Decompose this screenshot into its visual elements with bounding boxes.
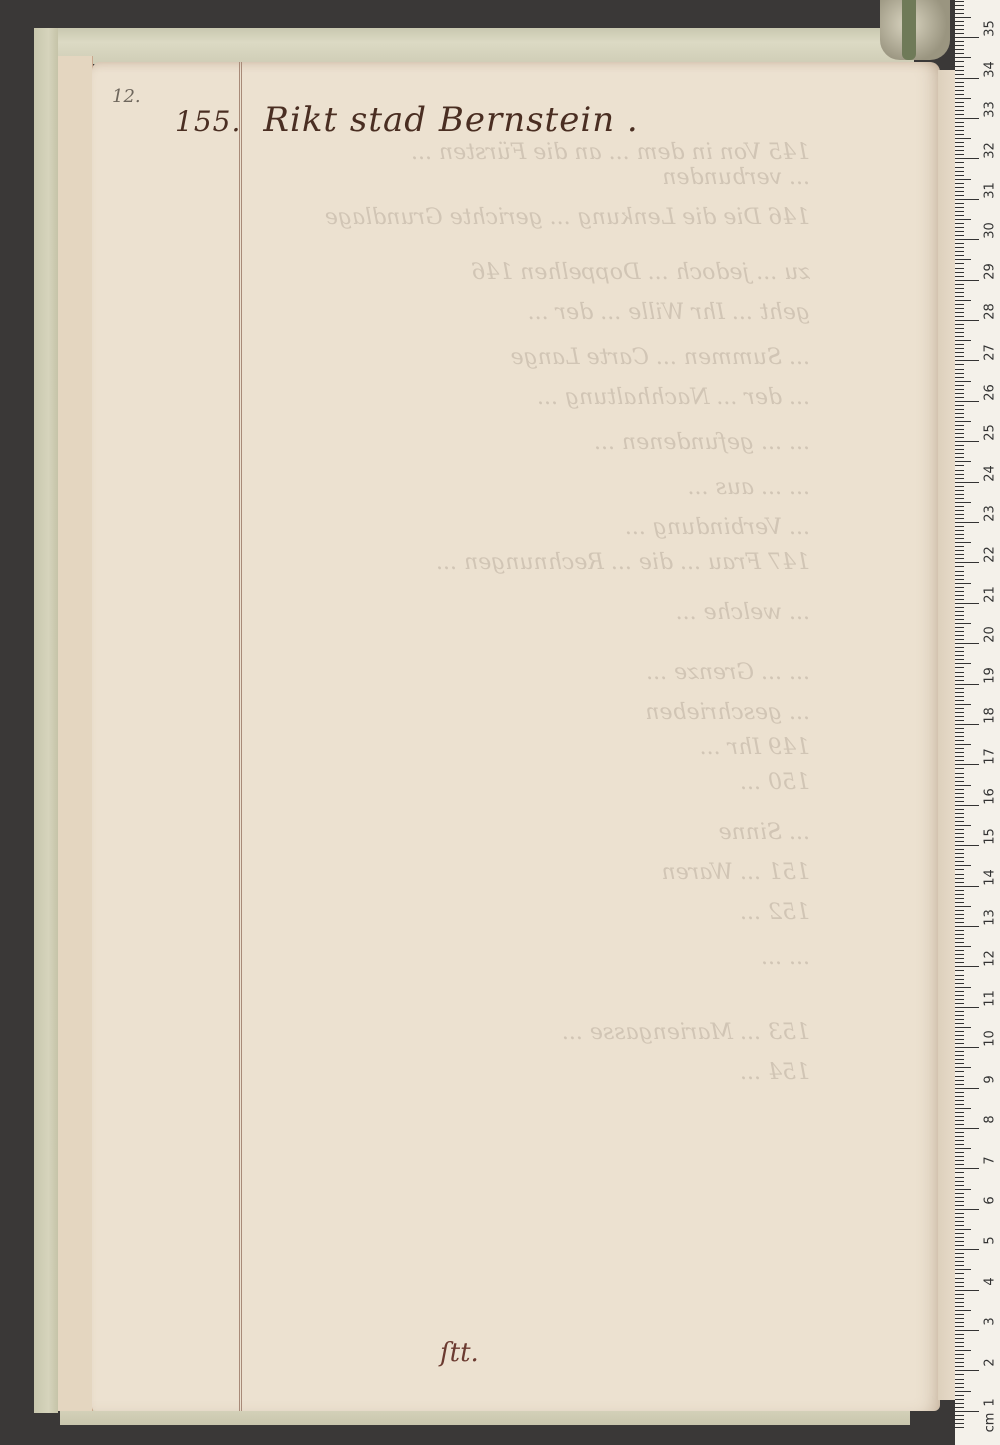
ruler-tick — [955, 1374, 964, 1375]
ruler-tick — [955, 1233, 964, 1234]
ruler-tick — [955, 1370, 979, 1371]
ruler-tick — [955, 110, 964, 111]
ruler-tick — [955, 999, 964, 1000]
ruler-tick — [955, 239, 979, 240]
heading-text: Rikt stad Bernstein . — [263, 100, 638, 140]
ruler-tick — [955, 457, 964, 458]
ruler-tick — [955, 449, 964, 450]
ruler-tick — [955, 1205, 964, 1206]
ruler-tick — [955, 45, 964, 46]
ruler-tick — [955, 768, 964, 769]
ruler-tick — [955, 1063, 964, 1064]
ruler-label: 32 — [983, 140, 998, 160]
ruler-tick — [955, 538, 964, 539]
ruler-tick — [955, 1160, 964, 1161]
ruler-tick — [955, 857, 964, 858]
ruler-tick — [955, 740, 964, 741]
ruler-tick — [955, 1346, 964, 1347]
ruler-tick — [955, 215, 964, 216]
ruler-tick — [955, 1104, 964, 1105]
bleed-through-line: 147 Frau ... die ... Rechnungen ... — [250, 550, 810, 575]
ruler-tick — [955, 255, 964, 256]
ruler-tick — [955, 332, 964, 333]
ruler-tick — [955, 276, 964, 277]
ruler-tick — [955, 651, 964, 652]
ruler-tick — [955, 1055, 964, 1056]
ruler-tick — [955, 975, 964, 976]
ruler-tick — [955, 914, 964, 915]
ruler-tick — [955, 1411, 979, 1412]
bleed-through-line: ... ... Grenze ... — [250, 660, 810, 685]
ruler-tick — [955, 882, 964, 883]
ruler-tick — [955, 833, 964, 834]
ruler-tick — [955, 373, 964, 374]
ruler-tick — [955, 13, 964, 14]
ruler-tick — [955, 983, 964, 984]
ruler-tick — [955, 1282, 964, 1283]
ruler-label: 16 — [983, 787, 998, 807]
ruler-tick — [955, 579, 964, 580]
ruler-tick — [955, 902, 964, 903]
folio-number: 12. — [112, 86, 141, 107]
ruler-tick — [955, 979, 964, 980]
ruler-tick — [955, 1383, 964, 1384]
ruler-label: 4 — [983, 1271, 998, 1291]
ruler-tick — [955, 566, 964, 567]
ruler-tick — [955, 150, 964, 151]
ruler-tick — [955, 1128, 979, 1129]
ruler-tick — [955, 1047, 979, 1048]
ruler-tick — [955, 647, 964, 648]
ruler-label: 24 — [983, 463, 998, 483]
ruler-tick — [955, 845, 979, 846]
ruler-tick — [955, 29, 964, 30]
ruler-tick — [955, 692, 964, 693]
ruler-tick — [955, 1241, 964, 1242]
ruler-tick — [955, 1391, 971, 1392]
ruler-tick — [955, 1181, 964, 1182]
ruler-tick — [955, 991, 964, 992]
ruler-tick — [955, 37, 979, 38]
ruler-tick — [955, 1403, 964, 1404]
bleed-through-line: 152 ... — [250, 900, 810, 925]
ruler-label: 23 — [983, 504, 998, 524]
ruler-label: 30 — [983, 221, 998, 241]
ruler-tick — [955, 1257, 964, 1258]
ruler-tick — [955, 611, 964, 612]
ruler-tick — [955, 130, 964, 131]
ruler-tick — [955, 397, 964, 398]
ruler-tick — [955, 704, 971, 705]
ruler-tick — [955, 369, 964, 370]
ruler-tick — [955, 732, 964, 733]
ruler-tick — [955, 688, 964, 689]
bleed-through-line: ... Summen ... Carte Lange — [250, 345, 810, 370]
ruler-tick — [955, 1027, 971, 1028]
ruler-tick — [955, 1136, 964, 1137]
ruler-tick — [955, 223, 964, 224]
ruler-tick — [955, 82, 964, 83]
bleed-through-line: 153 ... Mariengasse ... — [250, 1020, 810, 1045]
ruler-tick — [955, 607, 964, 608]
ruler-tick — [955, 1245, 964, 1246]
ruler-label: 1 — [983, 1393, 998, 1413]
ruler-tick — [955, 1310, 971, 1311]
ruler-tick — [955, 191, 964, 192]
ruler-tick — [955, 760, 964, 761]
ruler-tick — [955, 643, 979, 644]
ruler-tick — [955, 1144, 964, 1145]
ruler-tick — [955, 482, 979, 483]
ruler-tick — [955, 53, 964, 54]
ruler-tick — [955, 453, 964, 454]
ruler-tick — [955, 502, 971, 503]
ruler-tick — [955, 558, 964, 559]
ruler-tick — [955, 910, 964, 911]
ruler-tick — [955, 66, 964, 67]
ruler-tick — [955, 146, 964, 147]
ruler-tick — [955, 1330, 979, 1331]
ruler-tick — [955, 789, 964, 790]
bookmark-ribbon — [902, 0, 916, 60]
ruler-tick — [955, 623, 971, 624]
ruler-label: 31 — [983, 181, 998, 201]
ruler-tick — [955, 1225, 964, 1226]
ruler-tick — [955, 429, 964, 430]
ruler-tick — [955, 263, 964, 264]
ruler-tick — [955, 70, 964, 71]
ruler-tick — [955, 1164, 964, 1165]
ruler-label: 27 — [983, 342, 998, 362]
ruler-tick — [955, 1217, 964, 1218]
ruler-tick — [955, 328, 964, 329]
bleed-through-line: ... welche ... — [250, 600, 810, 625]
ruler-tick — [955, 1290, 979, 1291]
ruler-tick — [955, 385, 964, 386]
ruler-tick — [955, 1278, 964, 1279]
ruler-tick — [955, 199, 979, 200]
ruler-tick — [955, 930, 964, 931]
ruler-tick — [955, 175, 964, 176]
ruler-tick — [955, 575, 964, 576]
ruler-tick — [955, 748, 964, 749]
ruler-tick — [955, 1221, 964, 1222]
ruler-label: 3 — [983, 1312, 998, 1332]
ruler-tick — [955, 821, 964, 822]
entry-heading: 155.Rikt stad Bernstein . — [175, 100, 639, 140]
ruler-label: 29 — [983, 261, 998, 281]
ruler-tick — [955, 1423, 964, 1424]
ruler-tick — [955, 1023, 964, 1024]
ruler-tick — [955, 1419, 964, 1420]
ruler-tick — [955, 49, 964, 50]
ruler-tick — [955, 474, 964, 475]
ruler-tick — [955, 1322, 964, 1323]
ruler-tick — [955, 470, 964, 471]
ruler-tick — [955, 312, 964, 313]
ruler-tick — [955, 1152, 964, 1153]
ruler-tick — [955, 25, 964, 26]
ruler-tick — [955, 1019, 964, 1020]
bleed-through-line: ... der ... Nachhaltung ... — [250, 385, 810, 410]
ruler-tick — [955, 478, 964, 479]
ruler-tick — [955, 655, 964, 656]
ruler-tick — [955, 615, 964, 616]
ruler-tick — [955, 663, 971, 664]
ruler-label: 10 — [983, 1029, 998, 1049]
ruler-label: 26 — [983, 383, 998, 403]
ruler-tick — [955, 667, 964, 668]
ruler-tick — [955, 510, 964, 511]
ruler-tick — [955, 1338, 964, 1339]
ruler-tick — [955, 764, 979, 765]
bleed-through-line: ... Sinne — [250, 820, 810, 845]
ruler-tick — [955, 5, 964, 6]
ruler-label: 34 — [983, 59, 998, 79]
ruler-tick — [955, 1172, 964, 1173]
ruler-tick — [955, 90, 964, 91]
ruler-tick — [955, 1112, 964, 1113]
ruler-tick — [955, 752, 964, 753]
ruler-tick — [955, 942, 964, 943]
ruler-tick — [955, 1427, 964, 1428]
bleed-through-line: 146 Die die Lenkung ... gerichte Grundla… — [250, 205, 810, 230]
ruler-tick — [955, 813, 964, 814]
ruler-tick — [955, 619, 964, 620]
ruler-tick — [955, 425, 964, 426]
ruler-tick — [955, 377, 964, 378]
ruler-tick — [955, 1080, 964, 1081]
ruler-tick — [955, 1265, 964, 1266]
ruler-tick — [955, 381, 971, 382]
ruler-tick — [955, 243, 964, 244]
ruler-label: 12 — [983, 948, 998, 968]
ruler-tick — [955, 684, 979, 685]
ruler-tick — [955, 292, 964, 293]
ruler-tick — [955, 106, 964, 107]
ruler-tick — [955, 562, 979, 563]
ruler-tick — [955, 1059, 964, 1060]
ruler-tick — [955, 680, 964, 681]
ruler-tick — [955, 57, 971, 58]
ruler-tick — [955, 736, 964, 737]
ruler-tick — [955, 195, 964, 196]
ruler-tick — [955, 793, 964, 794]
ruler-tick — [955, 878, 964, 879]
ruler-tick — [955, 98, 971, 99]
ruler-tick — [955, 554, 964, 555]
ruler-tick — [955, 849, 964, 850]
ruler-tick — [955, 1193, 964, 1194]
ruler-tick — [955, 1358, 964, 1359]
bleed-through-line: ... ... aus ... — [250, 475, 810, 500]
ruler-tick — [955, 631, 964, 632]
ruler-tick — [955, 308, 964, 309]
ruler-tick — [955, 514, 964, 515]
ruler-label: 8 — [983, 1110, 998, 1130]
ruler-tick — [955, 296, 964, 297]
ruler-tick — [955, 906, 971, 907]
ruler-label: 17 — [983, 746, 998, 766]
ruler-tick — [955, 1342, 964, 1343]
ruler-tick — [955, 344, 964, 345]
ruler-tick — [955, 445, 964, 446]
ruler-tick — [955, 728, 964, 729]
ruler-tick — [955, 490, 964, 491]
ruler-tick — [955, 922, 964, 923]
ruler-tick — [955, 41, 964, 42]
ruler-tick — [955, 1088, 979, 1089]
ruler-tick — [955, 401, 979, 402]
ruler-tick — [955, 837, 964, 838]
ruler-tick — [955, 659, 964, 660]
ruler-tick — [955, 1096, 964, 1097]
ruler-label: 20 — [983, 625, 998, 645]
ruler-label: 28 — [983, 302, 998, 322]
ruler-tick — [955, 1132, 964, 1133]
bleed-through-line: 154 ... — [250, 1060, 810, 1085]
ruler-tick — [955, 603, 979, 604]
ruler-tick — [955, 700, 964, 701]
ruler-tick — [955, 696, 964, 697]
ruler-tick — [955, 352, 964, 353]
ruler-tick — [955, 187, 964, 188]
ruler-tick — [955, 1314, 964, 1315]
ruler-tick — [955, 518, 964, 519]
ruler-tick — [955, 1185, 964, 1186]
ruler-tick — [955, 894, 964, 895]
ruler-tick — [955, 21, 964, 22]
ruler-tick — [955, 1140, 964, 1141]
ruler-tick — [955, 635, 964, 636]
ruler-tick — [955, 1237, 964, 1238]
ruler-tick — [955, 716, 964, 717]
ruler-tick — [955, 1035, 964, 1036]
ruler-label: 7 — [983, 1150, 998, 1170]
ruler-tick — [955, 1031, 964, 1032]
ruler-tick — [955, 324, 964, 325]
ruler-label: 19 — [983, 665, 998, 685]
ruler-tick — [955, 389, 964, 390]
ruler-tick — [955, 861, 964, 862]
ruler-tick — [955, 1007, 979, 1008]
ruler-tick — [955, 280, 979, 281]
ruler-tick — [955, 1354, 964, 1355]
ruler-tick — [955, 1379, 964, 1380]
ruler-tick — [955, 288, 964, 289]
ruler-tick — [955, 183, 964, 184]
ruler-tick — [955, 114, 964, 115]
ruler-tick — [955, 1071, 964, 1072]
ruler-tick — [955, 247, 964, 248]
ruler-unit-label: cm — [983, 1413, 998, 1433]
ruler-tick — [955, 17, 971, 18]
ruler-tick — [955, 417, 964, 418]
ruler-tick — [955, 1302, 964, 1303]
ruler-tick — [955, 1108, 971, 1109]
ruler-tick — [955, 498, 964, 499]
ruler-tick — [955, 437, 964, 438]
ruler-tick — [955, 413, 964, 414]
ruler-label: 2 — [983, 1352, 998, 1372]
ruler-tick — [955, 890, 964, 891]
ruler-tick — [955, 1407, 964, 1408]
ruler-tick — [955, 1011, 964, 1012]
bleed-through-line: 149 Ihr ... — [250, 735, 810, 760]
bleed-through-line: ... Verbindung ... — [250, 515, 810, 540]
ruled-margin-line — [239, 62, 242, 1411]
ruler-tick — [955, 336, 964, 337]
ruler-label: 25 — [983, 423, 998, 443]
ruler-tick — [955, 1253, 964, 1254]
ruler-tick — [955, 1249, 979, 1250]
ruler-tick — [955, 259, 971, 260]
ruler-tick — [955, 1156, 964, 1157]
ruler-tick — [955, 805, 979, 806]
ruler-tick — [955, 465, 964, 466]
ruler-tick — [955, 591, 964, 592]
ruler-tick — [955, 405, 964, 406]
ruler-tick — [955, 61, 964, 62]
ruler-tick — [955, 94, 964, 95]
ruler-tick — [955, 756, 964, 757]
ruler-tick — [955, 356, 964, 357]
ruler-tick — [955, 284, 964, 285]
ruler-tick — [955, 134, 964, 135]
ruler-tick — [955, 1415, 964, 1416]
ruler-label: 15 — [983, 827, 998, 847]
ruler-tick — [955, 316, 964, 317]
bleed-through-line: 151 ... Waren — [250, 860, 810, 885]
ruler-tick — [955, 1039, 964, 1040]
ruler-tick — [955, 938, 964, 939]
ruler-tick — [955, 1395, 964, 1396]
ruler-label: 18 — [983, 706, 998, 726]
ruler-tick — [955, 809, 964, 810]
ruler-tick — [955, 744, 971, 745]
ruler-tick — [955, 672, 964, 673]
ruler-tick — [955, 486, 964, 487]
ruler-tick — [955, 78, 979, 79]
ruler-tick — [955, 421, 971, 422]
ruler-tick — [955, 797, 964, 798]
ruler-tick — [955, 272, 964, 273]
ruler-tick — [955, 1298, 964, 1299]
measurement-ruler: cm 1234567891011121314151617181920212223… — [955, 0, 1000, 1445]
ruler-tick — [955, 1350, 971, 1351]
ruler-tick — [955, 179, 971, 180]
ruler-tick — [955, 33, 964, 34]
ruler-tick — [955, 599, 964, 600]
ruler-tick — [955, 773, 964, 774]
ruler-tick — [955, 934, 964, 935]
bleed-through-line: 150 ... — [250, 770, 810, 795]
ruler-tick — [955, 393, 964, 394]
ruler-tick — [955, 926, 979, 927]
ruler-tick — [955, 918, 964, 919]
bleed-through-line: zu ... jedoch ... Doppelhen 146 — [250, 260, 810, 285]
ruler-tick — [955, 542, 971, 543]
ruler-tick — [955, 898, 964, 899]
ruler-tick — [955, 433, 964, 434]
ruler-label: 11 — [983, 989, 998, 1009]
ruler-tick — [955, 74, 964, 75]
bleed-through-line: ... ... gefundenen ... — [250, 430, 810, 455]
vellum-binding-left — [34, 28, 58, 1413]
ruler-tick — [955, 676, 964, 677]
ruler-tick — [955, 126, 964, 127]
ruler-tick — [955, 86, 964, 87]
